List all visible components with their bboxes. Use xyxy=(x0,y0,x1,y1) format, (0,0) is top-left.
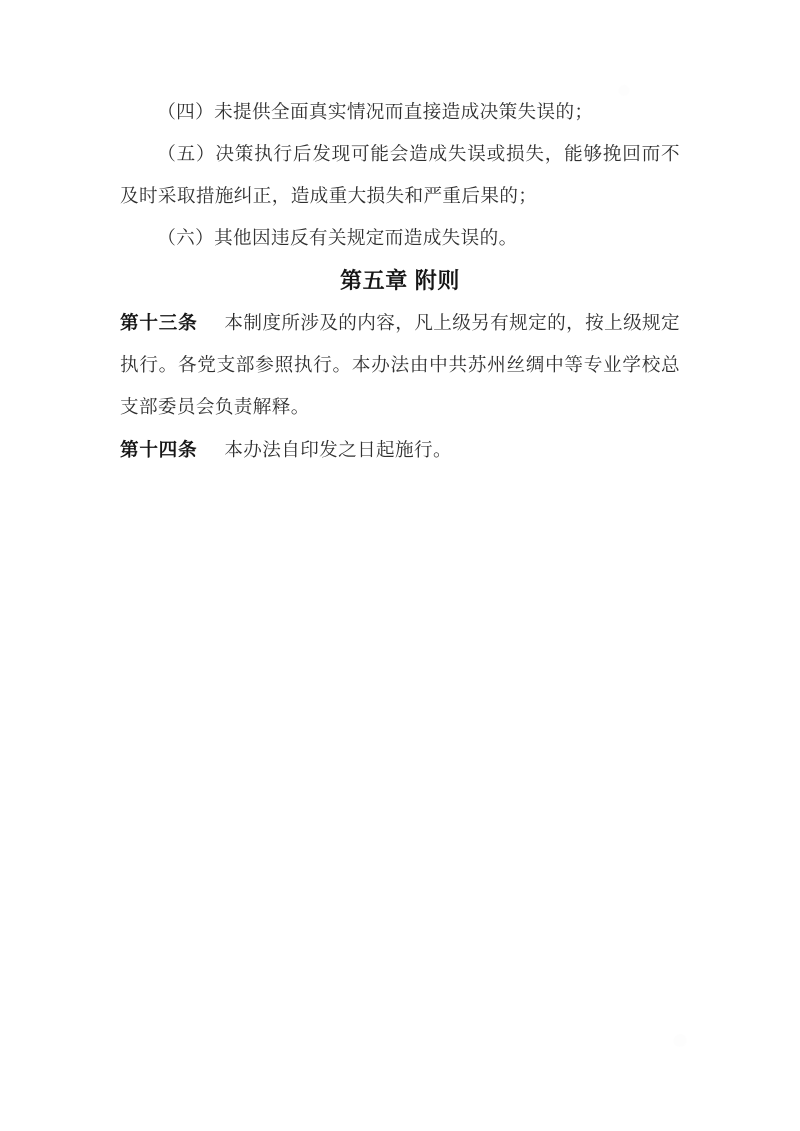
document-content: （四）未提供全面真实情况而直接造成决策失误的； （五）决策执行后发现可能会造成失… xyxy=(0,0,800,472)
clause-item-six: （六）其他因违反有关规定而造成失误的。 xyxy=(120,218,680,260)
chapter-heading: 第五章 附则 xyxy=(120,260,680,302)
article-fourteen-text: 本办法自印发之日起施行。 xyxy=(224,440,452,461)
document-page: （四）未提供全面真实情况而直接造成决策失误的； （五）决策执行后发现可能会造成失… xyxy=(0,0,800,1131)
article-thirteen-label: 第十三条 xyxy=(120,312,197,333)
clause-item-five: （五）决策执行后发现可能会造成失误或损失，能够挽回而不及时采取措施纠正，造成重大… xyxy=(120,134,680,218)
article-fourteen: 第十四条本办法自印发之日起施行。 xyxy=(120,429,680,472)
clause-item-four: （四）未提供全面真实情况而直接造成决策失误的； xyxy=(120,92,680,134)
article-thirteen-text: 本制度所涉及的内容，凡上级另有规定的，按上级规定执行。各党支部参照执行。本办法由… xyxy=(120,313,680,418)
article-fourteen-label: 第十四条 xyxy=(120,439,197,460)
article-thirteen: 第十三条本制度所涉及的内容，凡上级另有规定的，按上级规定执行。各党支部参照执行。… xyxy=(120,302,680,429)
